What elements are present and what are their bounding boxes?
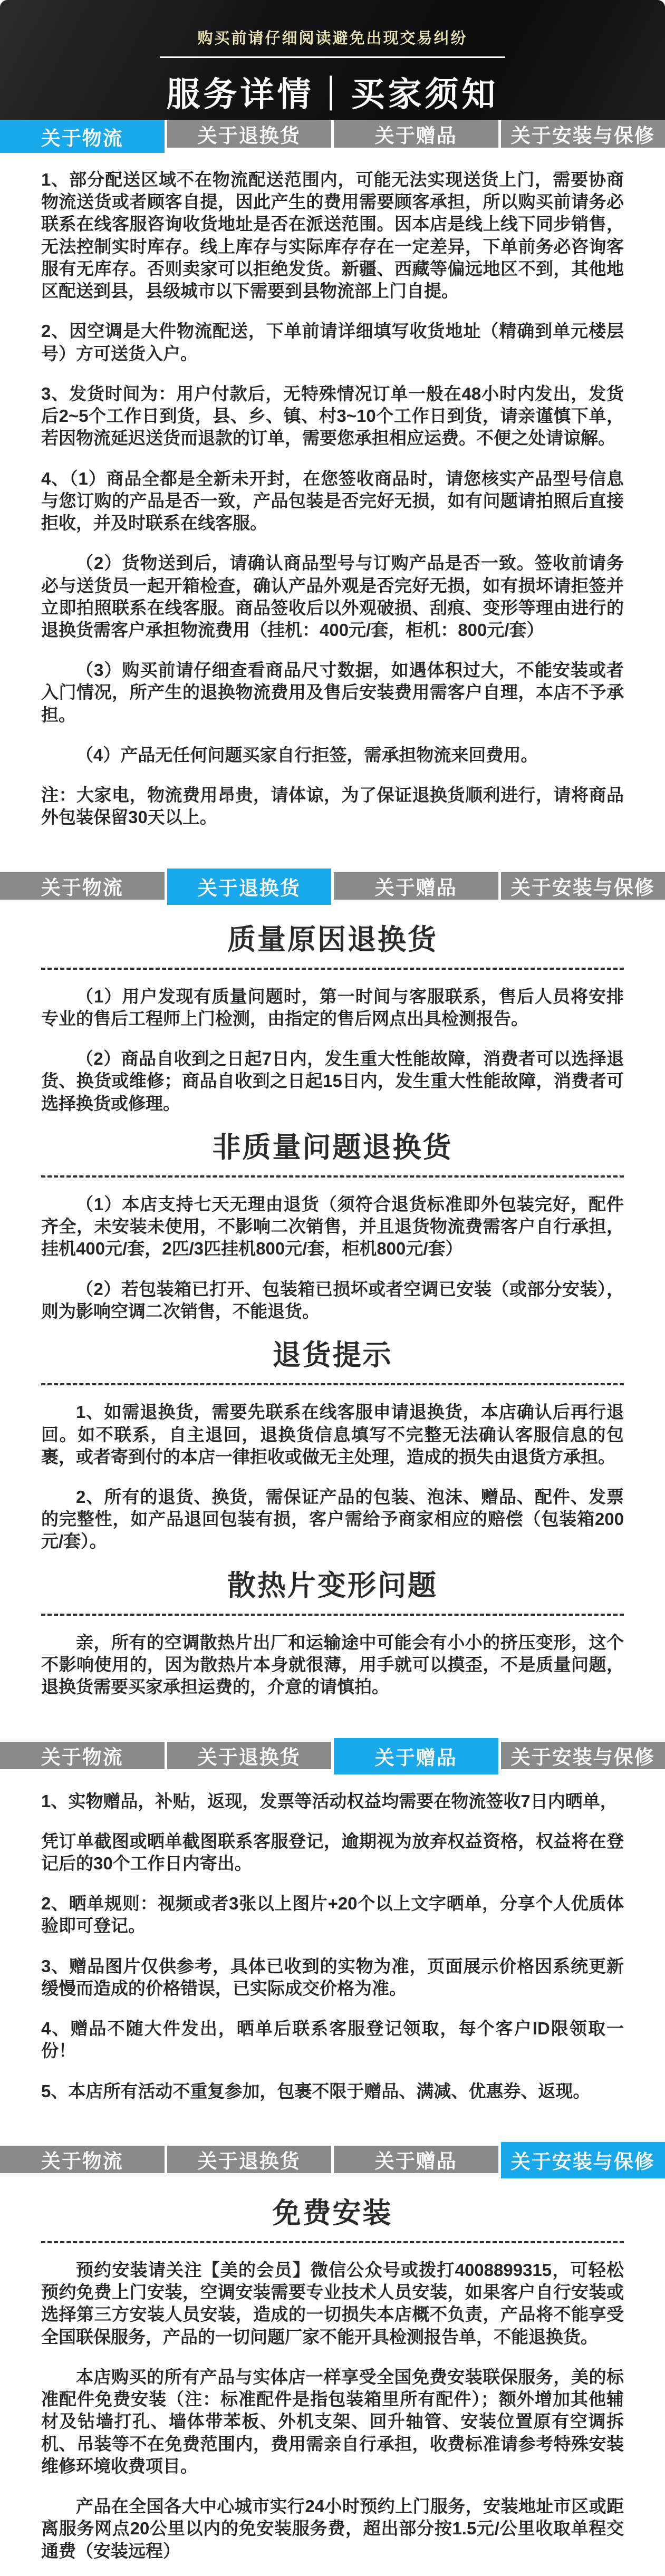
section-heading: 退货提示: [41, 1337, 624, 1374]
section-non-quality-returns: 非质量问题退换货 （1）本店支持七天无理由退货（须符合退货标准即外包装完好，配件…: [41, 1130, 624, 1323]
paragraph: 2、因空调是大件物流配送，下单前请详细填写收货地址（精确到单元楼层号）方可送货入…: [41, 320, 624, 364]
paragraph: 产品在全国各大中心城市实行24小时预约上门服务，安装地址市区或距离服务网点20公…: [41, 2495, 624, 2562]
section-paragraph-list: 亲，所有的空调散热片出厂和运输途中可能会有小小的挤压变形，这个不影响使用的，因为…: [41, 1632, 624, 1699]
paragraph: （1）本店支持七天无理由退货（须符合退货标准即外包装完好，配件齐全，未安装未使用…: [41, 1193, 624, 1260]
tab-about-logistics[interactable]: 关于物流: [0, 1742, 165, 1769]
paragraph: （2）货物送到后，请确认商品型号与订购产品是否一致。签收前请务必与送货员一起开箱…: [41, 552, 624, 641]
paragraph: （1）用户发现有质量问题时，第一时间与客服联系，售后人员将安排专业的售后工程师上…: [41, 986, 624, 1030]
tab-about-gifts[interactable]: 关于赠品: [334, 120, 498, 148]
tab-about-logistics[interactable]: 关于物流: [0, 2146, 165, 2173]
paragraph: （2）商品自收到之日起7日内，发生重大性能故障，消费者可以选择退货、换货或维修；…: [41, 1048, 624, 1115]
tab-about-installation-warranty[interactable]: 关于安装与保修: [501, 2142, 665, 2178]
paragraph: （4）产品无任何问题买家自行拒签，需承担物流来回费用。: [41, 744, 624, 766]
section-heading: 质量原因退换货: [41, 922, 624, 958]
paragraph: 注：大家电，物流费用昂贵，请体谅，为了保证退换货顺利进行，请将商品外包装保留30…: [41, 784, 624, 828]
tab-about-returns[interactable]: 关于退换货: [167, 1742, 332, 1769]
logistics-content: 1、部分配送区域不在物流配送范围内，可能无法实现送货上门，需要协商物流送货或者顾…: [0, 148, 665, 843]
dashed-divider: [41, 1383, 624, 1385]
tab-about-gifts[interactable]: 关于赠品: [334, 1738, 498, 1774]
paragraph: 3、赠品图片仅供参考，具体已收到的实物为准，页面展示价格因系统更新缓慢而造成的价…: [41, 1955, 624, 2000]
paragraph: 本店购买的所有产品与实体店一样享受全国免费安装联保服务，美的标准配件免费安装（注…: [41, 2366, 624, 2477]
section-quality-returns: 质量原因退换货 （1）用户发现有质量问题时，第一时间与客服联系，售后人员将安排专…: [41, 922, 624, 1115]
paragraph: （2）若包装箱已打开、包装箱已损坏或者空调已安装（或部分安装），则为影响空调二次…: [41, 1278, 624, 1323]
dashed-divider: [41, 2241, 624, 2243]
tab-about-returns[interactable]: 关于退换货: [167, 869, 332, 905]
paragraph: 4、赠品不随大件发出，晒单后联系客服登记领取，每个客户ID限领取一份！: [41, 2018, 624, 2062]
paragraph: 凭订单截图或晒单截图联系客服登记，逾期视为放弃权益资格，权益将在登记后的30个工…: [41, 1830, 624, 1875]
dashed-divider: [41, 1614, 624, 1616]
paragraph: 1、部分配送区域不在物流配送范围内，可能无法实现送货上门，需要协商物流送货或者顾…: [41, 169, 624, 302]
hero-divider: [160, 56, 505, 58]
installation-content: 免费安装 预约安装请关注【美的会员】微信公众号或拨打4008899315，可轻松…: [0, 2173, 665, 2576]
section-free-installation: 免费安装 预约安装请关注【美的会员】微信公众号或拨打4008899315，可轻松…: [41, 2195, 624, 2562]
section-paragraph-list: （1）用户发现有质量问题时，第一时间与客服联系，售后人员将安排专业的售后工程师上…: [41, 986, 624, 1115]
tab-about-installation-warranty[interactable]: 关于安装与保修: [501, 872, 665, 900]
tab-about-returns[interactable]: 关于退换货: [167, 120, 332, 148]
section-paragraph-list: 预约安装请关注【美的会员】微信公众号或拨打4008899315，可轻松预约免费上…: [41, 2259, 624, 2562]
section-heatsink-deformation: 散热片变形问题 亲，所有的空调散热片出厂和运输途中可能会有小小的挤压变形，这个不…: [41, 1568, 624, 1699]
hero-header: 购买前请仔细阅读避免出现交易纠纷 服务详情｜买家须知: [0, 0, 665, 120]
tab-about-installation-warranty[interactable]: 关于安装与保修: [501, 120, 665, 148]
paragraph: 1、实物赠品，补贴，返现，发票等活动权益均需要在物流签收7日内晒单，: [41, 1790, 624, 1812]
gifts-paragraph-list: 1、实物赠品，补贴，返现，发票等活动权益均需要在物流签收7日内晒单，凭订单截图或…: [41, 1790, 624, 2102]
tab-bar-returns: 关于物流 关于退换货 关于赠品 关于安装与保修: [0, 872, 665, 900]
page-title: 服务详情｜买家须知: [0, 67, 665, 116]
purchase-notice-text: 购买前请仔细阅读避免出现交易纠纷: [0, 0, 665, 48]
logistics-paragraph-list: 1、部分配送区域不在物流配送范围内，可能无法实现送货上门，需要协商物流送货或者顾…: [41, 169, 624, 829]
tab-about-installation-warranty[interactable]: 关于安装与保修: [501, 1742, 665, 1769]
gifts-content: 1、实物赠品，补贴，返现，发票等活动权益均需要在物流签收7日内晒单，凭订单截图或…: [0, 1769, 665, 2116]
paragraph: 亲，所有的空调散热片出厂和运输途中可能会有小小的挤压变形，这个不影响使用的，因为…: [41, 1632, 624, 1699]
tab-bar-logistics: 关于物流 关于退换货 关于赠品 关于安装与保修: [0, 120, 665, 148]
paragraph: 5、本店所有活动不重复参加，包裹不限于赠品、满减、优惠券、返现。: [41, 2080, 624, 2102]
paragraph: （3）购买前请仔细查看商品尺寸数据，如遇体积过大，不能安装或者入门情况，所产生的…: [41, 659, 624, 726]
dashed-divider: [41, 1175, 624, 1178]
tab-about-gifts[interactable]: 关于赠品: [334, 872, 498, 900]
section-paragraph-list: 1、如需退换货，需要先联系在线客服申请退换货，本店确认后再行退回。如不联系，自主…: [41, 1401, 624, 1552]
tab-bar-gifts: 关于物流 关于退换货 关于赠品 关于安装与保修: [0, 1742, 665, 1769]
tab-about-gifts[interactable]: 关于赠品: [334, 2146, 498, 2173]
dashed-divider: [41, 968, 624, 970]
tab-about-logistics[interactable]: 关于物流: [0, 120, 165, 153]
section-paragraph-list: （1）本店支持七天无理由退货（须符合退货标准即外包装完好，配件齐全，未安装未使用…: [41, 1193, 624, 1323]
paragraph: 3、发货时间为：用户付款后，无特殊情况订单一般在48小时内发出，发货后2~5个工…: [41, 383, 624, 450]
paragraph: 2、晒单规则：视频或者3张以上图片+20个以上文字晒单，分享个人优质体验即可登记…: [41, 1893, 624, 1937]
service-detail-page: 购买前请仔细阅读避免出现交易纠纷 服务详情｜买家须知 关于物流 关于退换货 关于…: [0, 0, 665, 2576]
paragraph: 预约安装请关注【美的会员】微信公众号或拨打4008899315，可轻松预约免费上…: [41, 2259, 624, 2348]
tab-about-logistics[interactable]: 关于物流: [0, 872, 165, 900]
returns-content: 质量原因退换货 （1）用户发现有质量问题时，第一时间与客服联系，售后人员将安排专…: [0, 900, 665, 1712]
tab-bar-installation: 关于物流 关于退换货 关于赠品 关于安装与保修: [0, 2146, 665, 2173]
section-heading: 散热片变形问题: [41, 1568, 624, 1604]
section-return-tips: 退货提示 1、如需退换货，需要先联系在线客服申请退换货，本店确认后再行退回。如不…: [41, 1337, 624, 1553]
section-heading: 免费安装: [41, 2195, 624, 2232]
paragraph: 1、如需退换货，需要先联系在线客服申请退换货，本店确认后再行退回。如不联系，自主…: [41, 1401, 624, 1468]
paragraph: 4、（1）商品全都是全新未开封，在您签收商品时，请您核实产品型号信息与您订购的产…: [41, 468, 624, 535]
section-heading: 非质量问题退换货: [41, 1130, 624, 1166]
paragraph: 2、所有的退货、换货，需保证产品的包装、泡沫、赠品、配件、发票的完整性，如产品退…: [41, 1486, 624, 1553]
tab-about-returns[interactable]: 关于退换货: [167, 2146, 332, 2173]
